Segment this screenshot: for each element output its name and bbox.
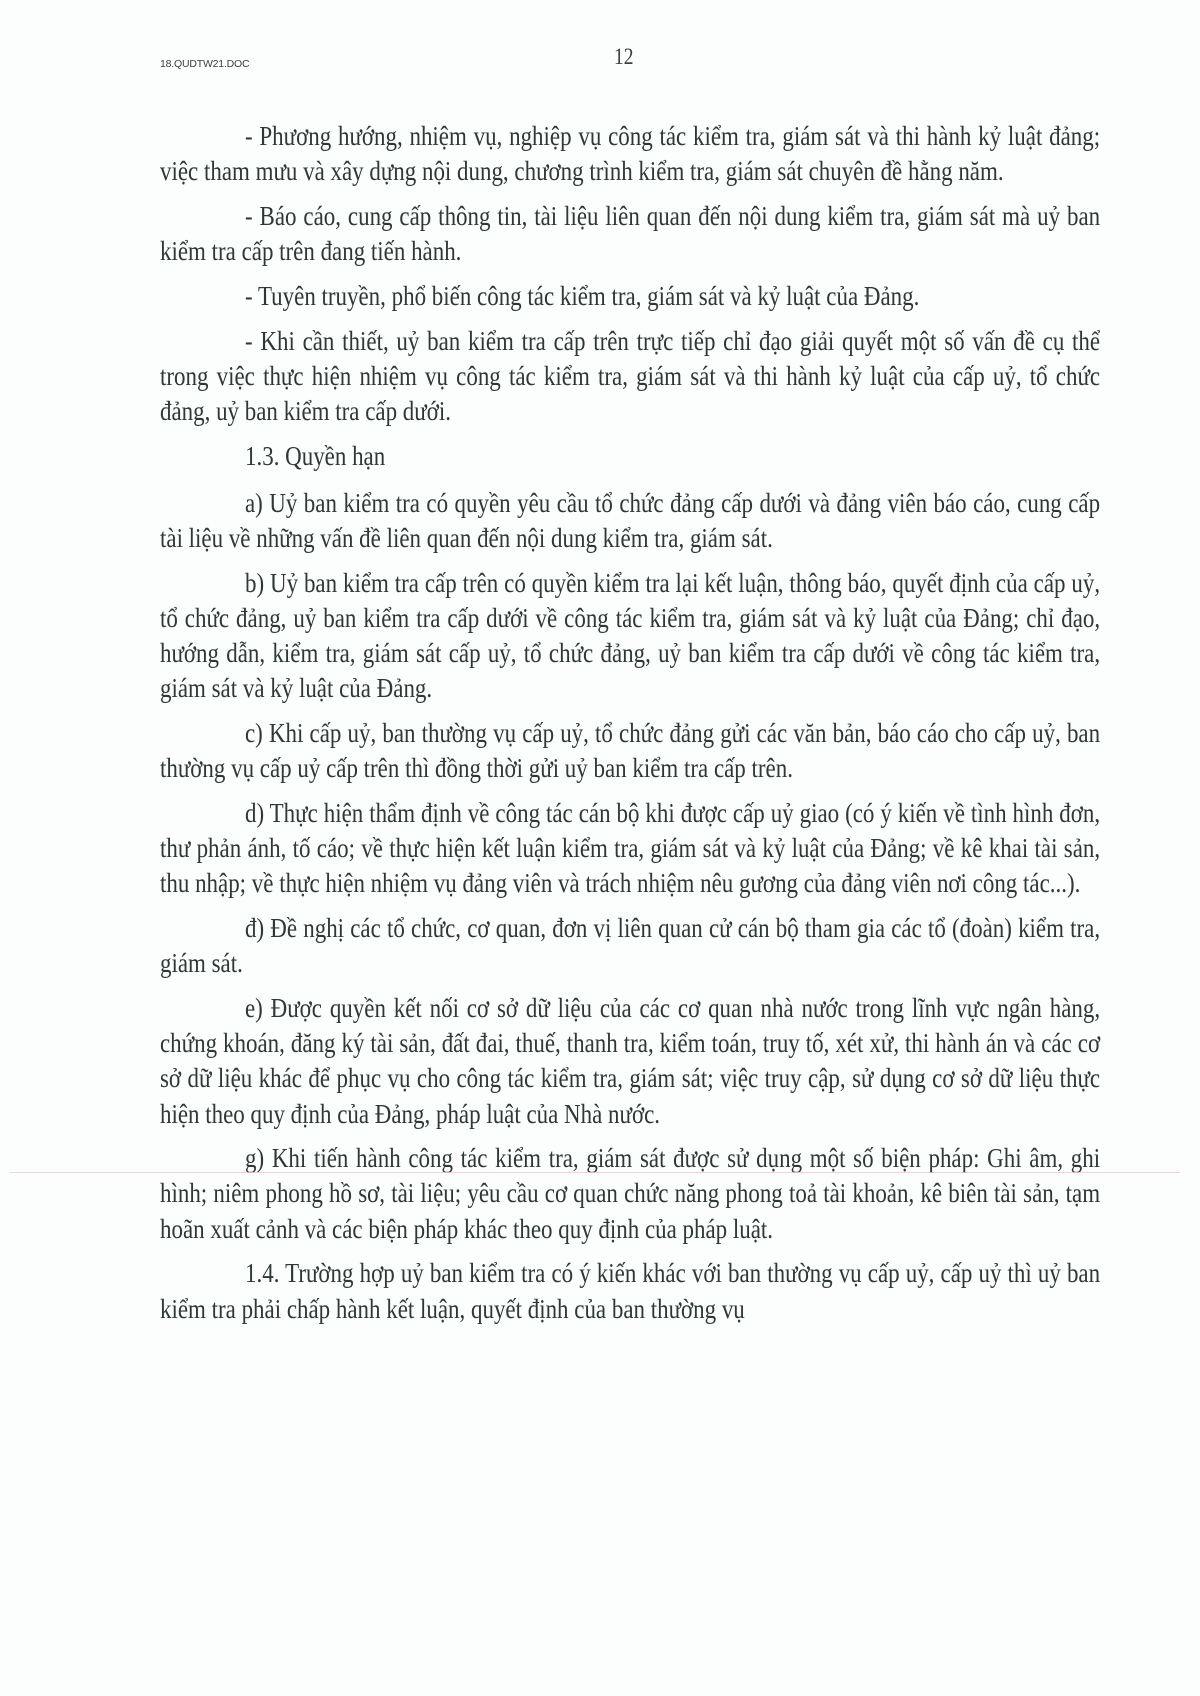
paragraph-right-c: c) Khi cấp uỷ, ban thường vụ cấp uỷ, tổ … [160,716,1100,786]
paragraph-report-info: - Báo cáo, cung cấp thông tin, tài liệu … [160,199,1100,269]
paragraph-right-b: b) Uỷ ban kiểm tra cấp trên có quyền kiể… [160,566,1100,707]
document-page: 18.QUDTW21.DOC 12 - Phương hướng, nhiệm … [0,0,1200,1696]
section-heading-1-3: 1.3. Quyền hạn [160,439,1100,474]
scan-artifact-line [10,1172,1180,1173]
page-number: 12 [614,44,634,70]
paragraph-right-a: a) Uỷ ban kiểm tra có quyền yêu cầu tổ c… [160,486,1100,556]
paragraph-direct-guidance: - Khi cần thiết, uỷ ban kiểm tra cấp trê… [160,324,1100,430]
file-name-header: 18.QUDTW21.DOC [160,58,249,70]
paragraph-propaganda: - Tuyên truyền, phổ biến công tác kiểm t… [160,279,1100,314]
paragraph-right-e: e) Được quyền kết nối cơ sở dữ liệu của … [160,991,1100,1132]
paragraph-direction-tasks: - Phương hướng, nhiệm vụ, nghiệp vụ công… [160,119,1100,189]
paragraph-right-dd: đ) Đề nghị các tổ chức, cơ quan, đơn vị … [160,911,1100,981]
section-paragraph-1-4: 1.4. Trường hợp uỷ ban kiểm tra có ý kiế… [160,1256,1100,1326]
paragraph-right-g: g) Khi tiến hành công tác kiểm tra, giám… [160,1141,1100,1247]
paragraph-right-d: d) Thực hiện thẩm định về công tác cán b… [160,796,1100,902]
document-body: - Phương hướng, nhiệm vụ, nghiệp vụ công… [160,119,1100,1336]
